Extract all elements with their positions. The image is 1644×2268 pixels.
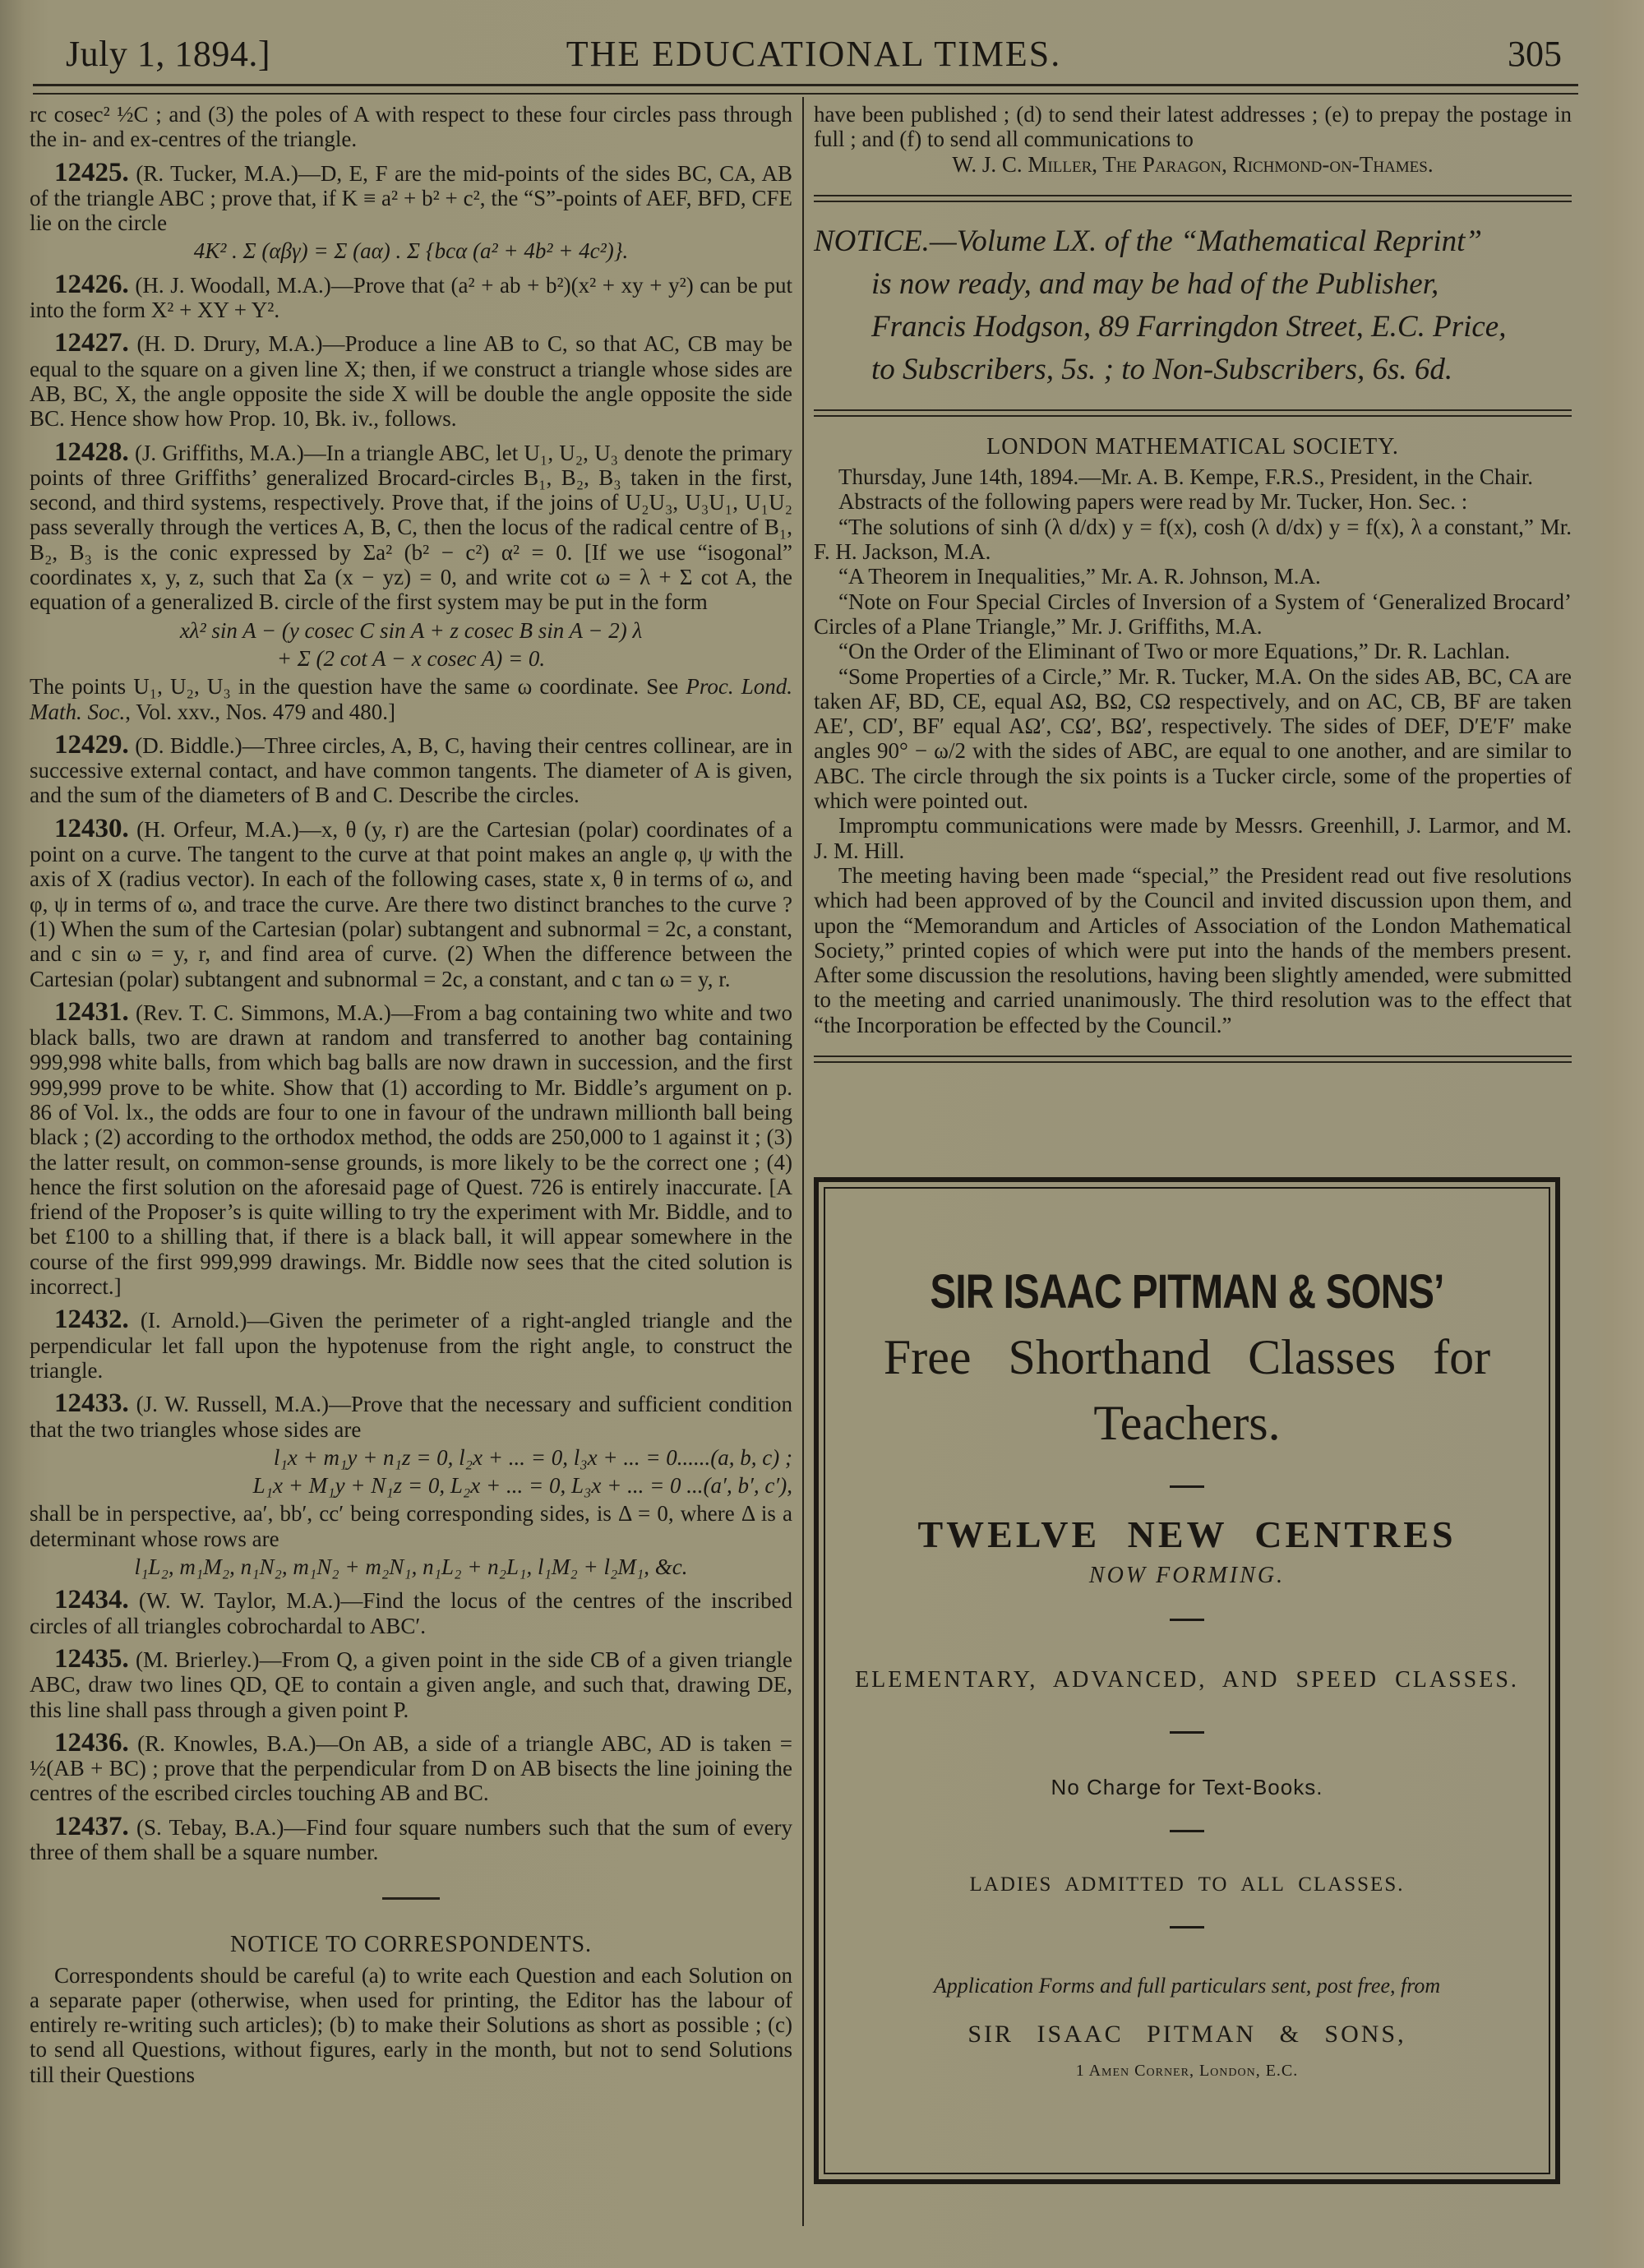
reprint-notice: NOTICE.—Volume LX. of the “Mathematical … — [814, 220, 1572, 391]
question-number: 12434. — [54, 1585, 129, 1614]
question-12436: 12436. (R. Knowles, B.A.)—On AB, a side … — [30, 1730, 792, 1806]
notice-body: Correspondents should be careful (a) to … — [30, 1963, 792, 2087]
lms-impromptu: Impromptu communications were made by Me… — [814, 813, 1572, 863]
question-number: 12429. — [54, 730, 129, 760]
reprint-line-2: is now ready, and may be had of the Publ… — [814, 263, 1572, 306]
page-number: 305 — [1508, 33, 1562, 75]
advert-application: Application Forms and full particulars s… — [825, 1970, 1549, 2002]
header-rule-secondary — [33, 93, 1578, 95]
page-header: July 1, 1894.] THE EDUCATIONAL TIMES. 30… — [33, 25, 1595, 82]
reprint-line-4: to Subscribers, 5s. ; to Non-Subscribers… — [814, 349, 1572, 391]
question-12430: 12430. (H. Orfeur, M.A.)—x, θ (y, r) are… — [30, 816, 792, 991]
question-number: 12425. — [54, 158, 129, 187]
question-12427: 12427. (H. D. Drury, M.A.)—Produce a lin… — [30, 330, 792, 431]
left-column: rc cosec² ½C ; and (3) the poles of A wi… — [30, 102, 792, 2087]
section-rule — [814, 195, 1572, 202]
column-divider — [802, 97, 804, 2226]
question-12429: 12429. (D. Biddle.)—Three circles, A, B,… — [30, 732, 792, 808]
question-author: (R. Tucker, M.A.) — [136, 161, 298, 186]
continuation-text: rc cosec² ½C ; and (3) the poles of A wi… — [30, 102, 792, 152]
advert-rule — [1170, 1926, 1204, 1928]
notice-heading: NOTICE TO CORRESPONDENTS. — [30, 1933, 792, 1957]
advert-classes: ELEMENTARY, ADVANCED, AND SPEED CLASSES. — [825, 1659, 1549, 1702]
advert-centres: TWELVE NEW CENTRES — [825, 1513, 1549, 1556]
lms-paper: “Note on Four Special Circles of Inversi… — [814, 589, 1572, 640]
question-12434: 12434. (W. W. Taylor, M.A.)—Find the loc… — [30, 1587, 792, 1638]
question-formula: xλ² sin A − (y cosec C sin A + z cosec B… — [30, 618, 792, 643]
question-note: shall be in perspective, aa′, bb′, cc′ b… — [30, 1501, 792, 1551]
lms-paper: “Some Properties of a Circle,” Mr. R. Tu… — [814, 664, 1572, 814]
question-author: (S. Tebay, B.A.) — [136, 1815, 284, 1840]
lms-paper: “On the Order of the Eliminant of Two or… — [814, 639, 1572, 663]
question-author: (J. W. Russell, M.A.) — [136, 1392, 329, 1416]
question-text: —x, θ (y, r) are the Cartesian (polar) c… — [30, 817, 792, 991]
section-rule — [814, 409, 1572, 417]
advert-subhead: Free Shorthand Classes for Teachers. — [825, 1324, 1549, 1456]
question-author: (H. J. Woodall, M.A.) — [135, 273, 330, 298]
question-formula: 4K² . Σ (αβγ) = Σ (aα) . Σ {bcα (a² + 4b… — [30, 238, 792, 263]
right-column: have been published ; (d) to send their … — [814, 102, 1572, 1081]
header-rule — [33, 84, 1578, 86]
advert-rule — [1170, 1830, 1204, 1832]
question-number: 12427. — [54, 328, 129, 358]
question-note: The points U₁, U₂, U₃ in the question ha… — [30, 674, 678, 699]
advert-inner-border: SIR ISAAC PITMAN & SONS’ Free Shorthand … — [824, 1187, 1550, 2174]
question-text: —From a bag containing two white and two… — [30, 1000, 792, 1299]
question-12432: 12432. (I. Arnold.)—Given the perimeter … — [30, 1307, 792, 1383]
lms-heading: LONDON MATHEMATICAL SOCIETY. — [814, 435, 1572, 460]
newspaper-page: July 1, 1894.] THE EDUCATIONAL TIMES. 30… — [0, 0, 1644, 2268]
journal-reference-tail: , Vol. xxv., Nos. 479 and 480.] — [125, 700, 395, 724]
question-author: (H. D. Drury, M.A.) — [136, 331, 322, 356]
reprint-line-1: NOTICE.—Volume LX. of the “Mathematical … — [814, 224, 1482, 258]
question-author: (W. W. Taylor, M.A.) — [139, 1588, 341, 1613]
lms-paper: “A Theorem in Inequalities,” Mr. A. R. J… — [814, 564, 1572, 589]
question-number: 12426. — [54, 270, 129, 299]
question-number: 12437. — [54, 1812, 129, 1841]
advert-forming: NOW FORMING. — [825, 1563, 1549, 1589]
question-formula-continued: L₁x + M₁y + N₁z = 0, L₂x + ... = 0, L₃x … — [30, 1473, 792, 1498]
question-12425: 12425. (R. Tucker, M.A.)—D, E, F are the… — [30, 160, 792, 264]
question-12435: 12435. (M. Brierley.)—From Q, a given po… — [30, 1647, 792, 1722]
advert-firm-name: SIR ISAAC PITMAN & SONS, — [825, 2021, 1549, 2049]
advert-no-charge: No Charge for Text-Books. — [825, 1775, 1549, 1800]
question-number: 12428. — [54, 437, 129, 467]
advert-address: 1 Amen Corner, London, E.C. — [825, 2062, 1549, 2081]
publication-title: THE EDUCATIONAL TIMES. — [33, 33, 1595, 75]
question-author: (D. Biddle.) — [135, 733, 242, 758]
question-author: (I. Arnold.) — [141, 1308, 247, 1333]
lms-meeting: The meeting having been made “special,” … — [814, 863, 1572, 1037]
question-formula-continued: + Σ (2 cot A − x cosec A) = 0. — [30, 646, 792, 671]
question-text: —In a triangle ABC, let U₁, U₂, U₃ denot… — [30, 441, 792, 615]
question-number: 12436. — [54, 1728, 129, 1758]
determinant-rows: l₁L₂, m₁M₂, n₁N₂, m₁N₂ + m₂N₁, n₁L₂ + n₂… — [30, 1554, 792, 1579]
question-number: 12433. — [54, 1388, 129, 1418]
question-author: (R. Knowles, B.A.) — [137, 1731, 316, 1756]
question-author: (Rev. T. C. Simmons, M.A.) — [136, 1000, 391, 1025]
question-12433: 12433. (J. W. Russell, M.A.)—Prove that … — [30, 1391, 792, 1579]
section-rule — [382, 1897, 440, 1900]
question-formula: l₁x + m₁y + n₁z = 0, l₂x + ... = 0, l₃x … — [30, 1445, 792, 1470]
question-number: 12430. — [54, 814, 129, 843]
lms-intro: Thursday, June 14th, 1894.—Mr. A. B. Kem… — [814, 464, 1572, 489]
question-author: (H. Orfeur, M.A.) — [136, 817, 299, 842]
advert-ladies: LADIES ADMITTED TO ALL CLASSES. — [825, 1873, 1549, 1896]
question-12426: 12426. (H. J. Woodall, M.A.)—Prove that … — [30, 272, 792, 323]
section-rule — [814, 1055, 1572, 1063]
editor-address: W. J. C. Miller, The Paragon, Richmond-o… — [814, 152, 1572, 177]
advert-headline: SIR ISAAC PITMAN & SONS’ — [890, 1264, 1484, 1319]
advert-rule — [1170, 1731, 1204, 1734]
question-author: (J. Griffiths, M.A.) — [135, 441, 304, 465]
notice-continuation: have been published ; (d) to send their … — [814, 102, 1572, 152]
question-number: 12435. — [54, 1644, 129, 1674]
question-number: 12432. — [54, 1305, 129, 1334]
question-12437: 12437. (S. Tebay, B.A.)—Find four square… — [30, 1814, 792, 1865]
question-author: (M. Brierley.) — [136, 1647, 259, 1672]
lms-paper: “The solutions of sinh (λ d/dx) y = f(x)… — [814, 515, 1572, 565]
question-number: 12431. — [54, 997, 129, 1027]
question-12431: 12431. (Rev. T. C. Simmons, M.A.)—From a… — [30, 1000, 792, 1300]
reprint-line-3: Francis Hodgson, 89 Farringdon Street, E… — [814, 306, 1572, 349]
advert-rule — [1170, 1485, 1204, 1488]
advert-rule — [1170, 1619, 1204, 1621]
question-12428: 12428. (J. Griffiths, M.A.)—In a triangl… — [30, 440, 792, 724]
pitman-advertisement: SIR ISAAC PITMAN & SONS’ Free Shorthand … — [814, 1177, 1560, 2184]
lms-abstracts-intro: Abstracts of the following papers were r… — [814, 489, 1572, 514]
